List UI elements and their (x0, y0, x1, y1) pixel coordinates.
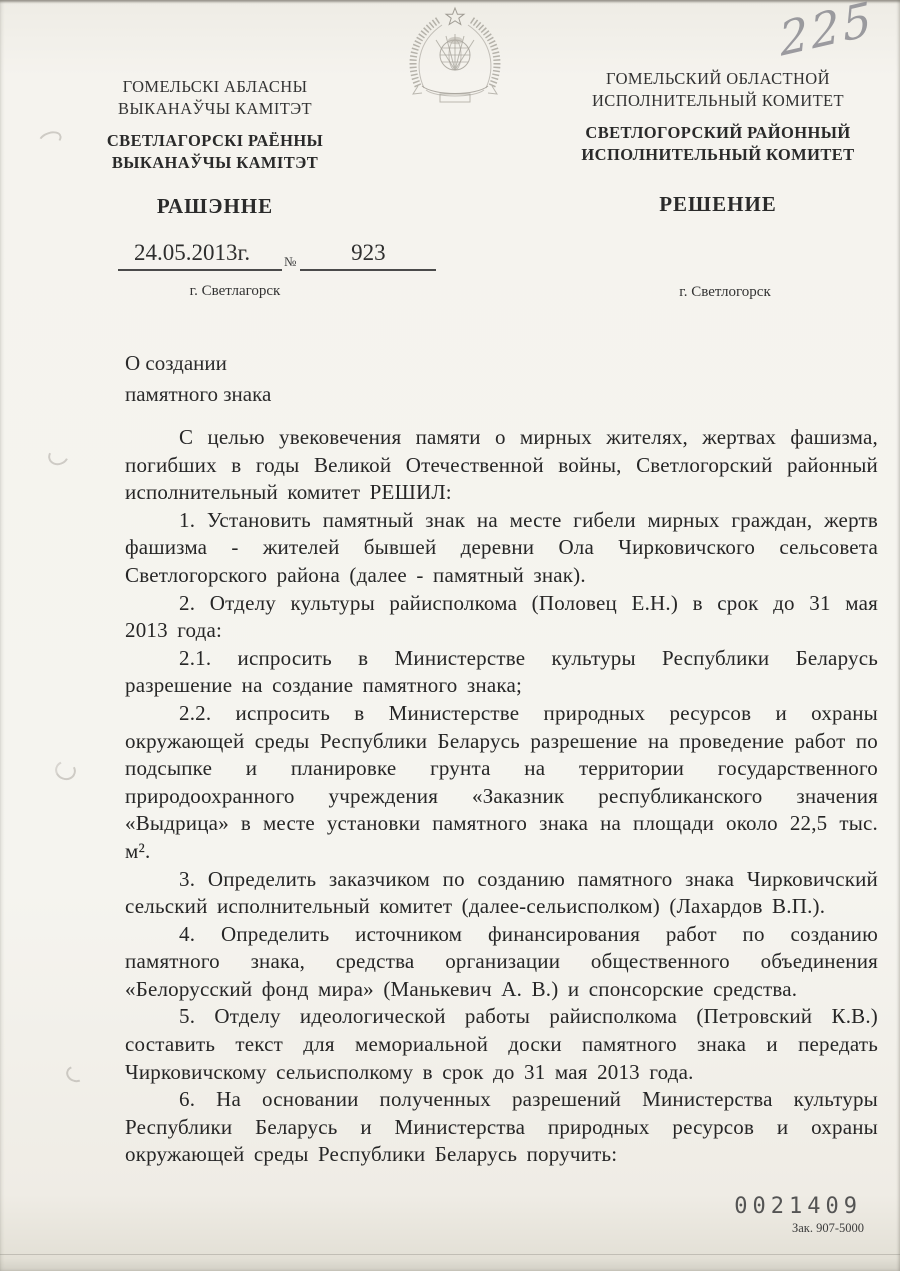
org-name-line: ГОМЕЛЬСКІ АБЛАСНЫ (80, 76, 350, 98)
body-paragraph-intro: С целью увековечения памяти о мирных жит… (125, 424, 878, 507)
document-number: 923 (300, 240, 436, 271)
header-belarusian: ГОМЕЛЬСКІ АБЛАСНЫ ВЫКАНАЎЧЫ КАМІТЭТ СВЕТ… (80, 76, 350, 174)
subject-line: памятного знака (125, 379, 271, 410)
committee-name-line: ВЫКАНАЎЧЫ КАМІТЭТ (80, 152, 350, 174)
scan-smudge (46, 444, 72, 468)
city-russian: г. Светлогорск (640, 284, 810, 301)
scan-smudge (36, 128, 64, 150)
date-number-row: 24.05.2013г.№923 (118, 240, 436, 271)
committee-name-line: СВЕТЛАГОРСКІ РАЁННЫ (80, 130, 350, 152)
form-registration-number: 0021409 (734, 1194, 862, 1219)
body-paragraph-point-6: 6. На основании полученных разрешений Ми… (125, 1086, 878, 1169)
scan-smudge (52, 758, 78, 783)
document-subject: О создании памятного знака (125, 348, 271, 410)
subject-line: О создании (125, 348, 271, 379)
body-paragraph-point-4: 4. Определить источником финансирования … (125, 921, 878, 1004)
scanned-decision-document: 225 ГОМЕЛЬСКІ АБЛАСНЫ ВЫКАНАЎЧЫ КАМІТЭТ … (0, 0, 900, 1271)
org-name-line: ВЫКАНАЎЧЫ КАМІТЭТ (80, 98, 350, 120)
belarus-coat-of-arms-icon (402, 6, 508, 110)
city-belarusian: г. Светлагорск (145, 283, 325, 300)
body-paragraph-point-3: 3. Определить заказчиком по созданию пам… (125, 866, 878, 921)
org-name-line: ГОМЕЛЬСКИЙ ОБЛАСТНОЙ (548, 68, 888, 90)
header-russian: ГОМЕЛЬСКИЙ ОБЛАСТНОЙ ИСПОЛНИТЕЛЬНЫЙ КОМИ… (548, 68, 888, 166)
body-paragraph-point-2-2: 2.2. испросить в Министерстве природных … (125, 700, 878, 866)
doc-type-russian: РЕШЕНИЕ (548, 192, 888, 217)
document-body: С целью увековечения памяти о мирных жит… (125, 424, 878, 1169)
scan-smudge (64, 1063, 87, 1085)
print-order-code: Зак. 907-5000 (792, 1221, 864, 1236)
number-sign: № (284, 254, 296, 270)
scan-edge-shadow (0, 1254, 900, 1255)
body-paragraph-point-1: 1. Установить памятный знак на месте гиб… (125, 507, 878, 590)
body-paragraph-point-2-1: 2.1. испросить в Министерстве культуры Р… (125, 645, 878, 700)
committee-name-line: СВЕТЛОГОРСКИЙ РАЙОННЫЙ (548, 122, 888, 144)
document-date: 24.05.2013г. (118, 240, 282, 271)
doc-type-belarusian: РАШЭННЕ (80, 194, 350, 219)
body-paragraph-point-2: 2. Отделу культуры райисполкома (Половец… (125, 590, 878, 645)
body-paragraph-point-5: 5. Отделу идеологической работы райиспол… (125, 1003, 878, 1086)
handwritten-page-number: 225 (777, 0, 900, 67)
committee-name-line: ИСПОЛНИТЕЛЬНЫЙ КОМИТЕТ (548, 144, 888, 166)
org-name-line: ИСПОЛНИТЕЛЬНЫЙ КОМИТЕТ (548, 90, 888, 112)
